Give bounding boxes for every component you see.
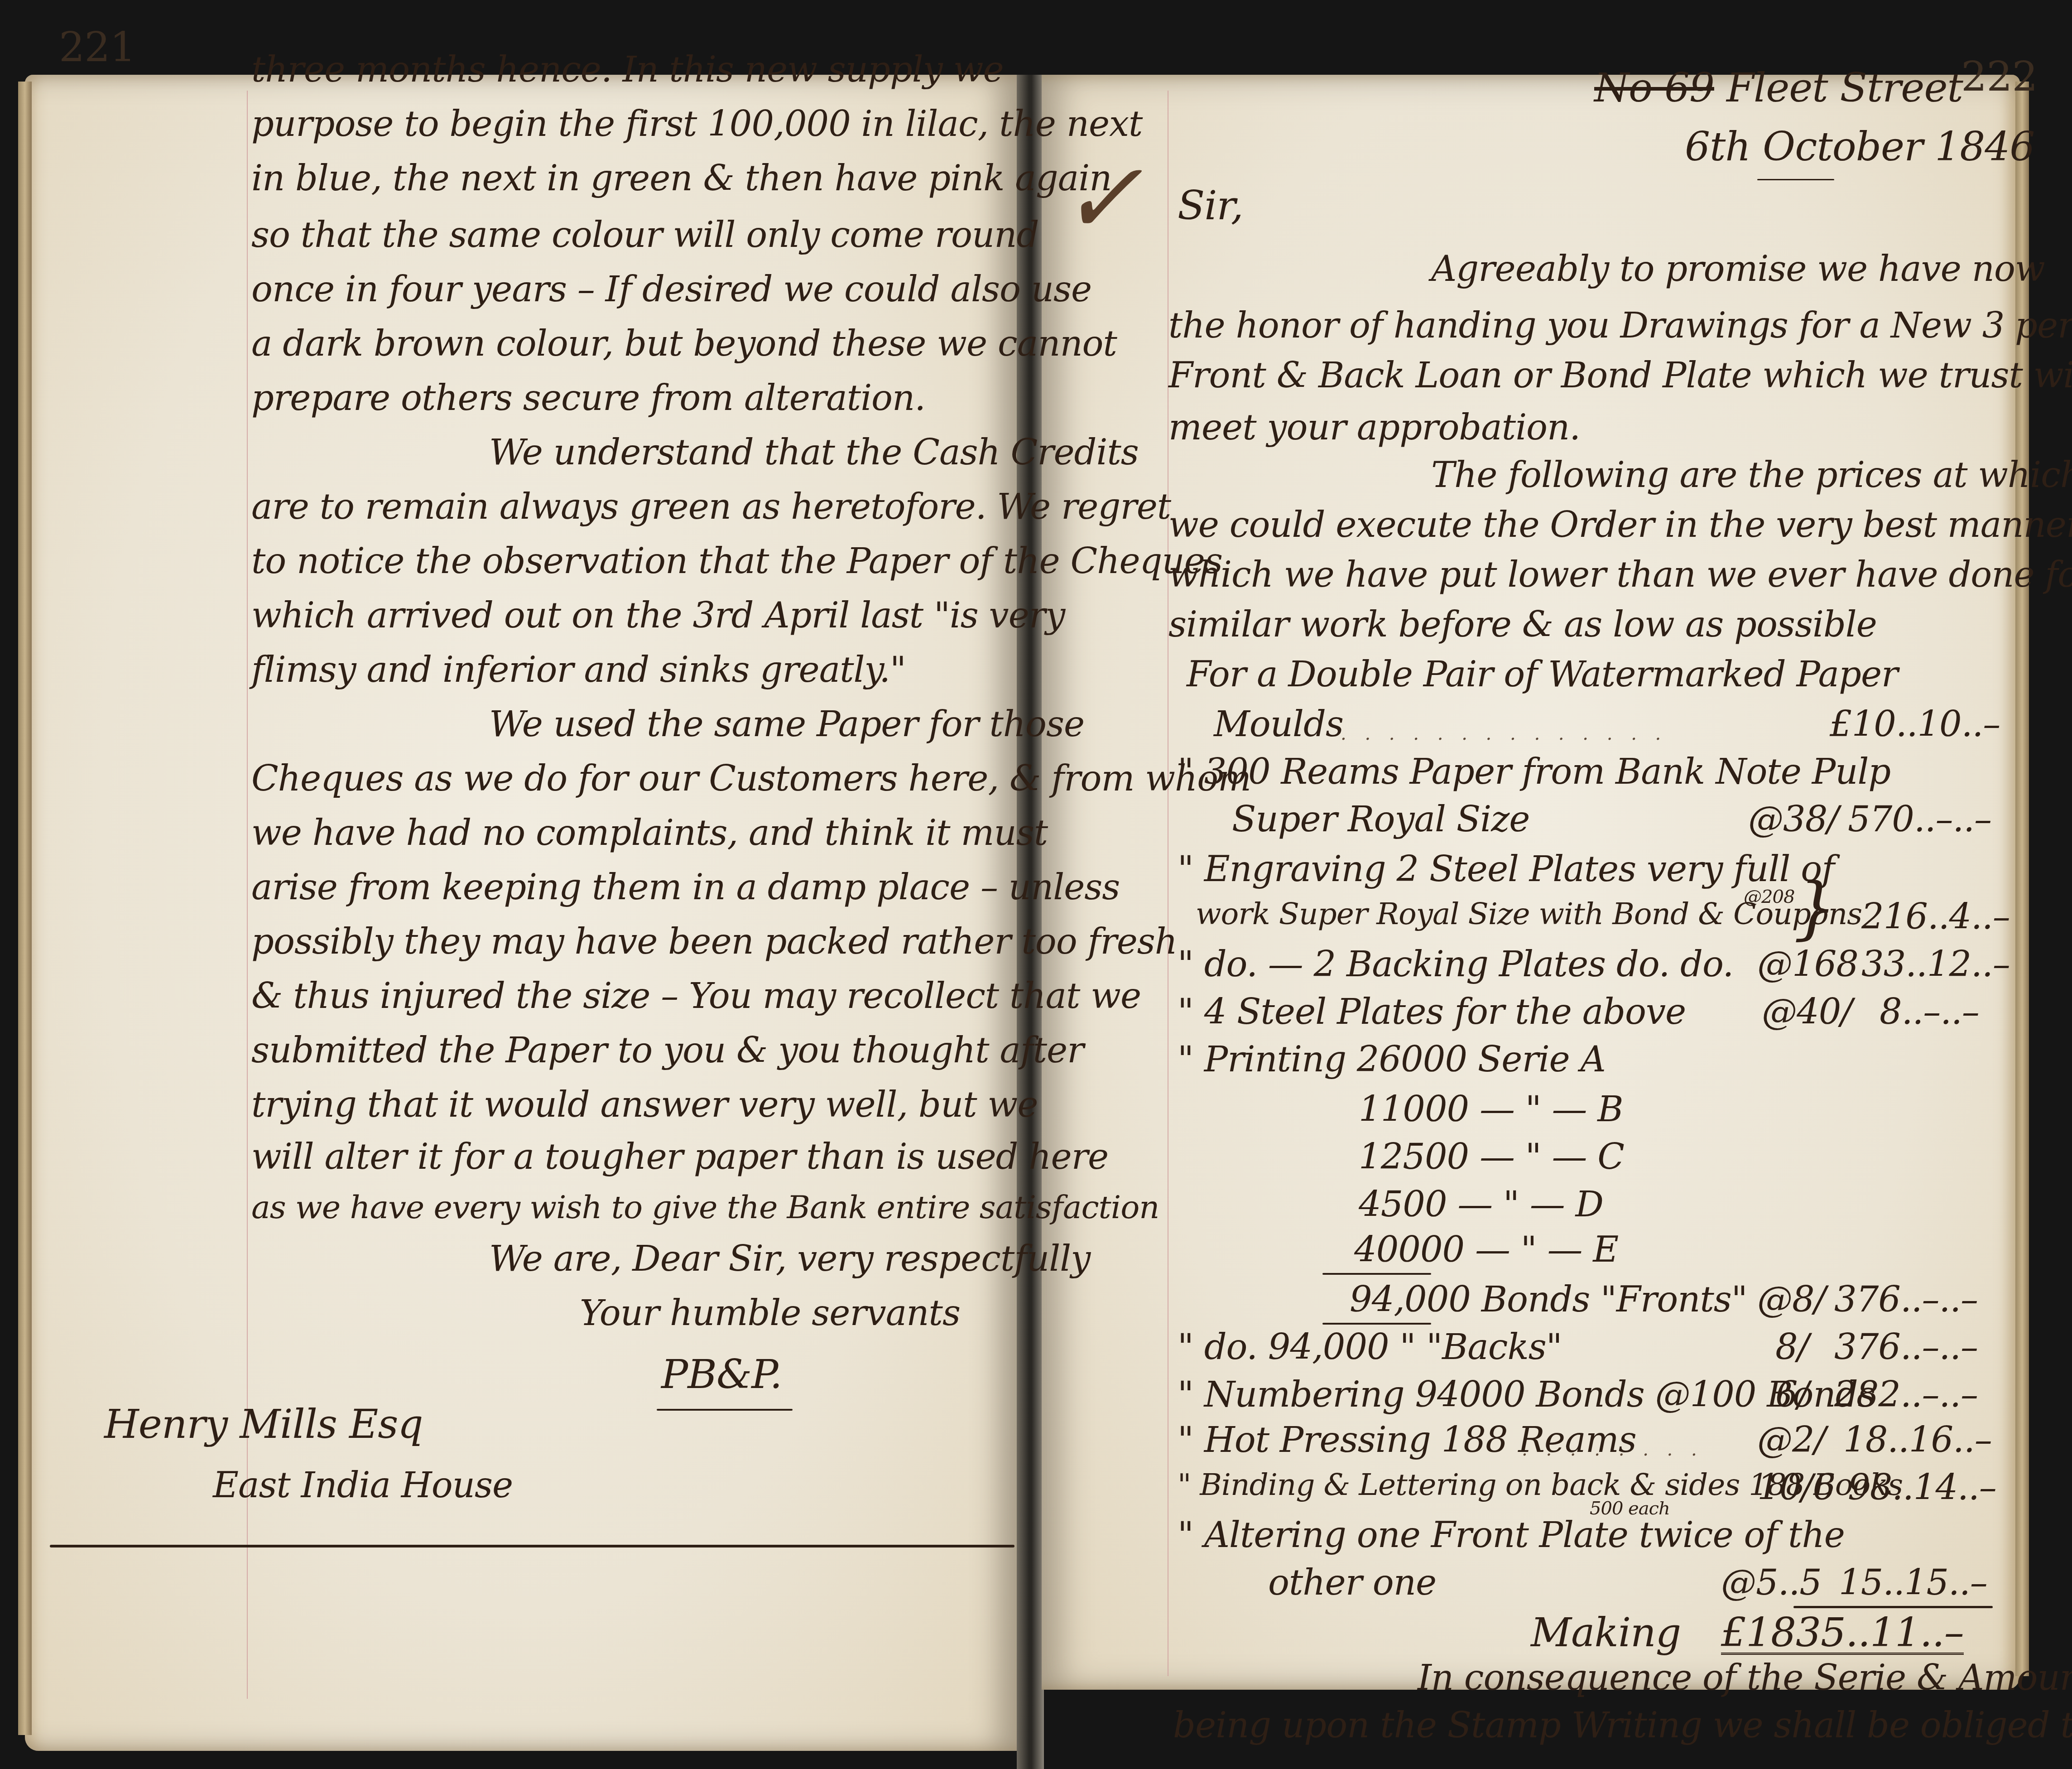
ledger-desc: 40000 — " — E xyxy=(1354,1232,1618,1268)
letter-line: we could execute the Order in the very b… xyxy=(1168,507,2072,543)
ledger-rate: @208 xyxy=(1744,888,1794,906)
letter-line: prepare others secure from alteration. xyxy=(251,381,925,416)
ledger-desc: other one xyxy=(1268,1565,1436,1600)
letter-date: 6th October 1846 xyxy=(1685,127,2034,167)
ledger-amount: 570..–..– xyxy=(1848,802,1991,837)
letter-line: in blue, the next in green & then have p… xyxy=(251,161,1111,196)
ledger-amount: 98..14..– xyxy=(1848,1470,1996,1505)
closing-line-2: Your humble servants xyxy=(580,1296,960,1331)
ledger-desc: " do. 94,000 " "Backs" xyxy=(1178,1330,1562,1365)
signature: PB&P. xyxy=(661,1354,782,1394)
letter-line: which arrived out on the 3rd April last … xyxy=(251,598,1065,633)
letter-line: & thus injured the size – You may recoll… xyxy=(251,978,1141,1014)
ledger-desc: " do. — 2 Backing Plates do. do. xyxy=(1178,947,1733,982)
letter-line: We used the same Paper for those xyxy=(489,707,1084,742)
letter-line: to notice the observation that the Paper… xyxy=(251,544,1222,579)
letter-line: Cheques as we do for our Customers here,… xyxy=(251,761,1251,796)
ledger-rate: 6/ xyxy=(1775,1377,1809,1412)
signature-underline xyxy=(657,1409,793,1411)
left-page-edge xyxy=(18,82,32,1735)
ledger-rate: 8/ xyxy=(1775,1330,1809,1365)
ledger-desc: " Numbering 94000 Bonds @100 Bonds xyxy=(1178,1377,1875,1412)
ledger-note: 500 each xyxy=(1590,1499,1670,1518)
letter-line: possibly they may have been packed rathe… xyxy=(251,924,1177,959)
letter-line: the honor of handing you Drawings for a … xyxy=(1168,308,2072,343)
total-label: Making xyxy=(1531,1613,1681,1653)
left-margin-rule xyxy=(247,91,248,1699)
checkmark-icon: ✓ xyxy=(1060,140,1143,256)
total-amount: £1835..11..– xyxy=(1721,1613,1964,1655)
ledger-amount: 8..–..– xyxy=(1880,994,1979,1030)
ledger-rate: @40/ xyxy=(1762,994,1852,1030)
address: Fleet Street xyxy=(1726,64,1963,111)
ledger-rate: @38/ xyxy=(1748,802,1839,837)
letter-separator-line xyxy=(50,1545,1014,1547)
ledger-desc: " Engraving 2 Steel Plates very full of xyxy=(1178,852,1834,887)
ledger-desc: 4500 — " — D xyxy=(1359,1187,1603,1222)
ledger-amount: 282..–..– xyxy=(1834,1377,1978,1412)
salutation: Sir, xyxy=(1178,186,1243,226)
subtotal-underline xyxy=(1322,1273,1431,1275)
ledger-desc: For a Double Pair of Watermarked Paper xyxy=(1187,657,1898,692)
letter-line: as we have every wish to give the Bank e… xyxy=(251,1191,1159,1223)
ledger-desc: Super Royal Size xyxy=(1232,802,1529,837)
leader-dots: . . . . . . . . . . . . . . xyxy=(1341,725,1667,743)
letter-line: three months hence. In this new supply w… xyxy=(251,52,1004,87)
ledger-rate: @168 xyxy=(1757,947,1858,982)
leader-dots: . . . . . . . . xyxy=(1522,1441,1703,1459)
ledger-amount: 376..–..– xyxy=(1834,1282,1978,1317)
ledger-rate: @2/ xyxy=(1757,1422,1826,1458)
closing-line: We are, Dear Sir, very respectfully xyxy=(489,1241,1090,1277)
letter-line: which we have put lower than we ever hav… xyxy=(1168,557,2072,593)
ledger-amount: 33..12..– xyxy=(1861,947,2010,982)
letter-line: a dark brown colour, but beyond these we… xyxy=(251,326,1117,362)
brace-icon: } xyxy=(1793,874,1836,942)
letter-line: purpose to begin the first 100,000 in li… xyxy=(251,106,1142,142)
letter-line: similar work before & as low as possible xyxy=(1168,607,1877,642)
ledger-rate: @8/ xyxy=(1757,1282,1826,1317)
ledger-desc: " 4 Steel Plates for the above xyxy=(1178,994,1686,1030)
total-bonds-underline xyxy=(1322,1323,1431,1325)
date-underline xyxy=(1757,179,1834,180)
letter-line: In consequence of the Serie & Amount xyxy=(1418,1660,2072,1696)
page-number-right: 222 xyxy=(1961,57,2038,97)
letter-line: trying that it would answer very well, b… xyxy=(251,1087,1038,1123)
ledger-desc: " 300 Reams Paper from Bank Note Pulp xyxy=(1178,754,1890,790)
letter-line: are to remain always green as heretofore… xyxy=(251,489,1171,525)
letter-line: The following are the prices at which xyxy=(1431,458,2072,493)
letter-line: submitted the Paper to you & you thought… xyxy=(251,1033,1084,1068)
ledger-desc: " Altering one Front Plate twice of the xyxy=(1178,1518,1845,1553)
ledger-desc: " Printing 26000 Serie A xyxy=(1178,1042,1606,1077)
page-number-left: 221 xyxy=(59,27,135,68)
letter-line: will alter it for a tougher paper than i… xyxy=(251,1139,1108,1175)
letter-line: being upon the Stamp Writing we shall be… xyxy=(1173,1708,2072,1743)
ledger-desc: 12500 — " — C xyxy=(1359,1139,1624,1175)
ledger-amount: £10..10..– xyxy=(1830,707,2000,742)
ledger-rate: 10/6 xyxy=(1757,1470,1835,1505)
letter-line: arise from keeping them in a damp place … xyxy=(251,870,1120,905)
ledger-rate: @5..5 xyxy=(1721,1565,1822,1600)
sum-rule xyxy=(1793,1606,1993,1608)
letter-book-spread: 221 three months hence. In this new supp… xyxy=(0,0,2072,1769)
letter-line: We understand that the Cash Credits xyxy=(489,435,1139,470)
ledger-desc: 94,000 Bonds "Fronts" xyxy=(1350,1282,1747,1317)
address-struck: No 69 xyxy=(1594,64,1714,111)
ledger-amount: 15..15..– xyxy=(1839,1565,1987,1600)
addressee-name: Henry Mills Esq xyxy=(104,1404,423,1444)
ledger-amount: 376..–..– xyxy=(1834,1330,1978,1365)
letter-line: once in four years – If desired we could… xyxy=(251,272,1091,307)
addressee-place: East India House xyxy=(213,1468,513,1503)
letter-line: Agreeably to promise we have now xyxy=(1431,251,2045,287)
ledger-desc: Moulds xyxy=(1214,707,1343,742)
ledger-desc: 11000 — " — B xyxy=(1359,1092,1623,1127)
ledger-amount: 216..4..– xyxy=(1861,899,2010,935)
letter-line: we have had no complaints, and think it … xyxy=(251,815,1048,851)
letter-line: so that the same colour will only come r… xyxy=(251,217,1038,253)
letter-line: flimsy and inferior and sinks greatly." xyxy=(251,652,906,688)
letter-line: Front & Back Loan or Bond Plate which we… xyxy=(1168,358,2072,393)
ledger-amount: 18..16..– xyxy=(1843,1422,1992,1458)
letter-line: meet your approbation. xyxy=(1168,410,1580,445)
